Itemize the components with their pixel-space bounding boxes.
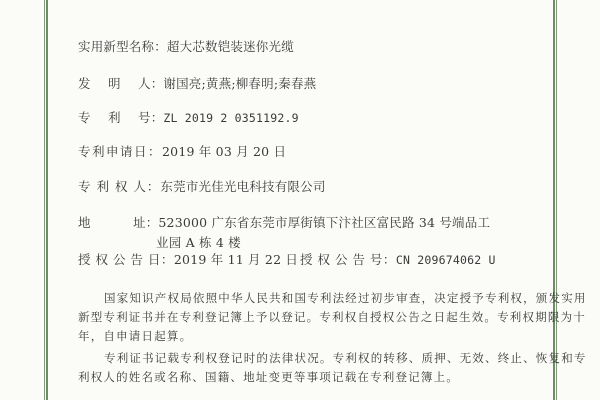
address-value-line2: 业园 A 栋 4 楼 [156, 235, 241, 250]
address-row-continued: 业园 A 栋 4 楼 [156, 233, 241, 251]
inventors-label-a: 发 [78, 74, 108, 92]
utility-model-name-value: 超大芯数铠装迷你光缆 [167, 39, 294, 54]
grant-number-value: CN 209674062 U [396, 253, 496, 267]
inventors-row: 发明人：谢国亮;黄燕;柳春明;秦春燕 [78, 74, 316, 92]
legal-status-line-2: 利权人的姓名或名称、国籍、地址变更等事项记载在专利登记簿上。 [78, 368, 543, 387]
utility-model-name-label: 实用新型名称： [78, 37, 167, 55]
grant-date-row: 授 权 公 告 日：2019 年 11 月 22 日 [78, 250, 298, 268]
patent-number-label-c: 号： [138, 108, 163, 126]
patentee-value: 东莞市光佳光电科技有限公司 [160, 179, 325, 194]
address-row: 地址：523000 广东省东莞市厚街镇下汴社区富民路 34 号端品工 [78, 213, 490, 231]
right-border-outer [556, 0, 557, 400]
left-border-outer [44, 0, 45, 400]
inventors-label-c: 人： [138, 74, 163, 92]
grant-date-label: 授 权 公 告 日： [78, 250, 174, 268]
grant-statement-line-1: 国家知识产权局依照中华人民共和国专利法经过初步审查，决定授予专利权，颁发实用 [78, 289, 543, 308]
grant-number-row: 授 权 公 告 号：CN 209674062 U [300, 250, 496, 268]
patentee-label: 专 利 权 人： [78, 177, 160, 195]
legal-status-line-1: 专利证书记载专利权登记时的法律状况。专利权的转移、质押、无效、终止、恢复和专 [78, 349, 543, 368]
patent-number-label-b: 利 [108, 108, 138, 126]
inventors-label-b: 明 [108, 74, 138, 92]
utility-model-name-row: 实用新型名称：超大芯数铠装迷你光缆 [78, 37, 294, 55]
address-label-b: 址： [133, 213, 158, 231]
application-date-value: 2019 年 03 月 20 日 [162, 144, 286, 159]
inventors-value: 谢国亮;黄燕;柳春明;秦春燕 [163, 76, 316, 91]
grant-date-value: 2019 年 11 月 22 日 [174, 252, 298, 267]
grant-statement-line-2: 新型专利证书并在专利登记簿上予以登记。专利权自授权公告之日起生效。专利权期限为十 [78, 308, 543, 327]
legal-status-paragraph: 专利证书记载专利权登记时的法律状况。专利权的转移、质押、无效、终止、恢复和专 利… [78, 349, 543, 387]
left-border-inner [46, 0, 48, 400]
right-border-inner [553, 0, 555, 400]
application-date-row: 专利申请日：2019 年 03 月 20 日 [78, 142, 286, 160]
patent-number-value: ZL 2019 2 0351192.9 [163, 111, 298, 125]
application-date-label: 专利申请日： [78, 142, 162, 160]
patentee-row: 专 利 权 人：东莞市光佳光电科技有限公司 [78, 177, 326, 195]
patent-number-label-a: 专 [78, 108, 108, 126]
patent-number-row: 专利号：ZL 2019 2 0351192.9 [78, 108, 299, 126]
address-value-line1: 523000 广东省东莞市厚街镇下汴社区富民路 34 号端品工 [158, 215, 490, 230]
grant-statement-line-3: 年，自申请日起算。 [78, 327, 543, 346]
grant-number-label: 授 权 公 告 号： [300, 250, 396, 268]
grant-statement-paragraph: 国家知识产权局依照中华人民共和国专利法经过初步审查，决定授予专利权，颁发实用 新… [78, 289, 543, 346]
address-label-a: 地 [78, 213, 133, 231]
